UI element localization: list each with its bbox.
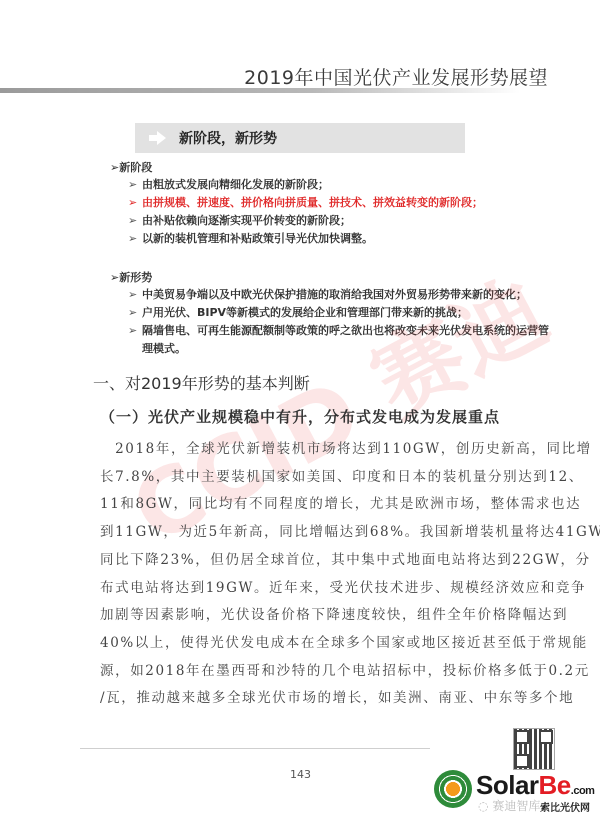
paragraph-line: 到11GW，为近5年新高，同比增幅达到68%。我国新增装机量将达41GW， (100, 519, 550, 547)
qr-finder-icon (515, 754, 529, 768)
bullet-arrow-icon: ➢ (128, 176, 142, 194)
bullet-list-new-stage: ➢由粗放式发展向精细化发展的新阶段； ➢由拼规模、拼速度、拼价格向拼质量、拼技术… (128, 176, 483, 248)
qr-code (513, 728, 555, 770)
bullet-arrow-icon: ➢ (128, 304, 142, 322)
arrow-right-icon (149, 131, 167, 145)
paragraph-line: 长7.8%，其中主要装机国家如美国、印度和日本的装机量分别达到12、 (100, 464, 550, 492)
bullet-arrow-icon: ➢ (128, 230, 142, 248)
footer-rule (80, 748, 430, 749)
subsection-heading: （一）光伏产业规模稳中有升，分布式发电成为发展重点 (100, 406, 500, 427)
body-paragraph: 2018年，全球光伏新增装机市场将达到110GW，创历史新高，同比增 长7.8%… (100, 436, 550, 713)
section-heading: 一、对2019年形势的基本判断 (93, 371, 310, 394)
paragraph-line: /瓦，推动越来越多全球光伏市场的增长，如美洲、南亚、中东等多个地 (100, 685, 550, 713)
paragraph-line: 2018年，全球光伏新增装机市场将达到110GW，创历史新高，同比增 (100, 436, 550, 464)
list-item: ➢由粗放式发展向精细化发展的新阶段； (128, 176, 483, 194)
paragraph-line: 源，如2018年在墨西哥和沙特的几个电站招标中，投标价格多低于0.2元 (100, 658, 550, 686)
document-header-title: 2019年中国光伏产业发展形势展望 (244, 63, 548, 90)
list-item: ➢中美贸易争端以及中欧光伏保护措施的取消给我国对外贸易形势带来新的变化； (128, 286, 549, 304)
wechat-watermark: ◌ 赛迪智库 (478, 797, 540, 814)
paragraph-line: 布式电站将达到19GW。近年来，受光伏技术进步、规模经济效应和竞争 (100, 575, 550, 603)
bullet-arrow-icon: ➢ (128, 212, 142, 230)
list-item: ➢以新的装机管理和补贴政策引导光伏加快调整。 (128, 230, 483, 248)
qr-finder-icon (539, 730, 553, 744)
paragraph-line: 同比下降23%，但仍居全球首位，其中集中式地面电站将达到22GW，分 (100, 547, 550, 575)
group-title-new-stage: ➢新阶段 (110, 159, 152, 175)
paragraph-line: 40%以上，使得光伏发电成本在全球多个国家或地区接近甚至低于常规能 (100, 630, 550, 658)
bullet-arrow-icon: ➢ (128, 194, 142, 212)
solarbe-brand-cn: 索比光伏网 (540, 799, 590, 814)
page-number: 143 (290, 768, 311, 781)
wechat-icon: ◌ (478, 799, 488, 813)
list-item-continuation: 理模式。 (128, 340, 549, 358)
bullet-list-new-situation: ➢中美贸易争端以及中欧光伏保护措施的取消给我国对外贸易形势带来新的变化； ➢户用… (128, 286, 549, 358)
group-title-new-situation: ➢新形势 (110, 269, 152, 285)
paragraph-line: 加剧等因素影响，光伏设备价格下降速度较快，组件全年价格降幅达到 (100, 602, 550, 630)
list-item: ➢由补贴依赖向逐渐实现平价转变的新阶段； (128, 212, 483, 230)
bullet-arrow-icon: ➢ (128, 286, 142, 304)
qr-finder-icon (515, 730, 529, 744)
solarbe-flower-logo-icon (434, 770, 472, 808)
section-banner: 新阶段，新形势 (135, 123, 465, 153)
list-item: ➢隔墙售电、可再生能源配额制等政策的呼之欲出也将改变未来光伏发电系统的运营管 (128, 322, 549, 340)
banner-title: 新阶段，新形势 (179, 128, 277, 148)
paragraph-line: 11和8GW，同比均有不同程度的增长，尤其是欧洲市场，整体需求也达 (100, 491, 550, 519)
bullet-arrow-icon: ➢ (128, 322, 142, 340)
list-item-highlighted: ➢由拼规模、拼速度、拼价格向拼质量、拼技术、拼效益转变的新阶段； (128, 194, 483, 212)
header-rule (0, 88, 520, 93)
list-item: ➢户用光伏、BIPV等新模式的发展给企业和管理部门带来新的挑战； (128, 304, 549, 322)
